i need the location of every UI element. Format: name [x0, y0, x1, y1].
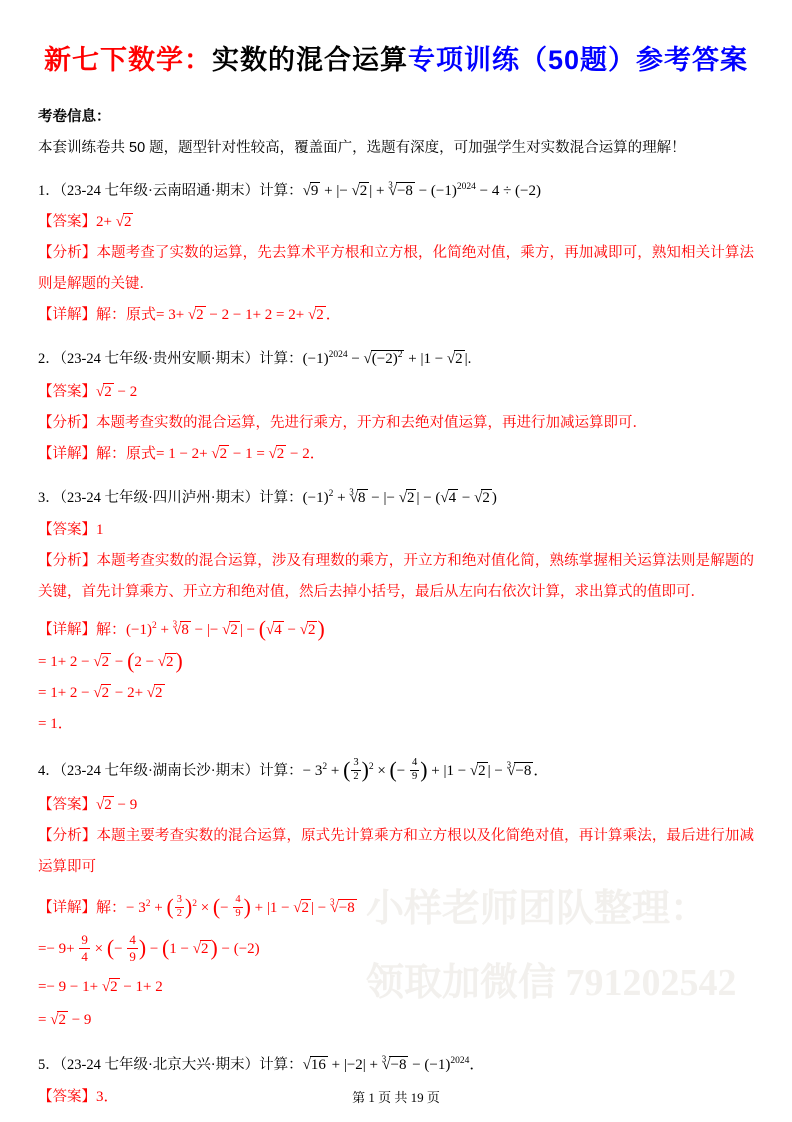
document-page: { "title": { "red": "新七下数学：", "black": "… [0, 0, 792, 1122]
problem-4-answer: 【答案】√2 − 9 [38, 790, 754, 821]
answer-label: 【答案】 [38, 522, 96, 538]
detail-label: 【详解】 [38, 622, 96, 638]
problem-2-analysis-text: 本题考查实数的混合运算，先进行乘方，开方和去绝对值运算，再进行加减运算即可． [96, 415, 647, 431]
problem-3-source: 3．（23-24 七年级·四川泸州·期末）计算： [38, 490, 303, 506]
problem-3-answer-value: 1 [96, 522, 104, 538]
problem-4-stem: 4．（23-24 七年级·湖南长沙·期末）计算：− 32 + (32)2 × (… [38, 746, 754, 790]
page-title: 新七下数学：实数的混合运算专项训练（50题）参考答案 [38, 40, 754, 80]
analysis-label: 【分析】 [38, 415, 96, 431]
problem-3-detail-step-2: = 1+ 2 − √2 − 2+ √2 [38, 678, 754, 709]
title-segment-red: 新七下数学： [44, 45, 212, 75]
problem-4-answer-value: √2 − 9 [96, 797, 137, 813]
exam-info-heading: 考卷信息： [38, 102, 754, 133]
problem-1-detail: 【详解】解：原式= 3+ √2 − 2 − 1+ 2 = 2+ √2． [38, 300, 754, 331]
problem-3-analysis: 【分析】本题考查实数的混合运算，涉及有理数的乘方，开立方和绝对值化简，熟练掌握相… [38, 546, 754, 608]
problem-5-stem: 5．（23-24 七年级·北京大兴·期末）计算：√16 + |−2| + 3√−… [38, 1043, 754, 1082]
problem-1-analysis-text: 本题考查了实数的运算，先去算术平方根和立方根，化简绝对值，乘方，再加减即可，熟知… [38, 245, 754, 292]
problem-4: 4．（23-24 七年级·湖南长沙·期末）计算：− 32 + (32)2 × (… [38, 746, 754, 1037]
problem-2-source: 2．（23-24 七年级·贵州安顺·期末）计算： [38, 351, 303, 367]
detail-label: 【详解】 [38, 900, 96, 916]
problem-2: 2．（23-24 七年级·贵州安顺·期末）计算：(−1)2024 − √(−2)… [38, 337, 754, 470]
detail-label: 【详解】 [38, 307, 96, 323]
problem-1-detail-text: 解：原式= 3+ √2 − 2 − 1+ 2 = 2+ √2． [96, 307, 341, 323]
problem-4-analysis: 【分析】本题主要考查实数的混合运算，原式先计算乘方和立方根以及化简绝对值，再计算… [38, 821, 754, 883]
problem-1-analysis: 【分析】本题考查了实数的运算，先去算术平方根和立方根，化简绝对值，乘方，再加减即… [38, 238, 754, 300]
problem-3-detail-step-3: = 1． [38, 709, 754, 740]
problem-3-detail-text: 解：(−1)2 + 3√8 − |− √2| − (√4 − √2) [96, 622, 325, 638]
problem-4-detail-step-1: =− 9+ 94 × (− 49) − (1 − √2) − (−2) [38, 927, 754, 971]
problem-5-expression: √16 + |−2| + 3√−8 − (−1)2024． [303, 1057, 485, 1073]
problem-4-detail-step-3: = √2 − 9 [38, 1004, 754, 1037]
problem-2-detail-text: 解：原式= 1 − 2+ √2 − 1 = √2 − 2． [96, 446, 325, 462]
answer-label: 【答案】 [38, 797, 96, 813]
exam-info-text: 本套训练卷共 50 题，题型针对性较高，覆盖面广，选题有深度，可加强学生对实数混… [38, 133, 754, 164]
page-number-footer: 第 1 页 共 19 页 [0, 1087, 792, 1106]
problem-2-answer: 【答案】√2 − 2 [38, 377, 754, 408]
problem-4-source: 4．（23-24 七年级·湖南长沙·期末）计算： [38, 763, 303, 779]
problem-2-stem: 2．（23-24 七年级·贵州安顺·期末）计算：(−1)2024 − √(−2)… [38, 337, 754, 377]
problem-4-analysis-text: 本题主要考查实数的混合运算，原式先计算乘方和立方根以及化简绝对值，再计算乘法，最… [38, 828, 754, 875]
problem-2-detail: 【详解】解：原式= 1 − 2+ √2 − 1 = √2 − 2． [38, 439, 754, 470]
answer-label: 【答案】 [38, 214, 96, 230]
problem-3-detail: 【详解】解：(−1)2 + 3√8 − |− √2| − (√4 − √2) [38, 608, 754, 647]
problem-2-analysis: 【分析】本题考查实数的混合运算，先进行乘方，开方和去绝对值运算，再进行加减运算即… [38, 408, 754, 439]
title-segment-blue: 专项训练（50题）参考答案 [408, 45, 748, 75]
problem-1-answer-value: 2+ √2 [96, 214, 133, 230]
problem-4-expression: − 32 + (32)2 × (− 49) + |1 − √2| − 3√−8． [303, 763, 549, 779]
problem-3-analysis-text: 本题考查实数的混合运算，涉及有理数的乘方，开立方和绝对值化简，熟练掌握相关运算法… [38, 553, 754, 600]
title-segment-black: 实数的混合运算 [212, 45, 408, 75]
analysis-label: 【分析】 [38, 828, 96, 844]
problem-1-expression: √9 + |− √2| + 3√−8 − (−1)2024 − 4 ÷ (−2) [303, 183, 541, 199]
problem-3-detail-step-1: = 1+ 2 − √2 − (2 − √2) [38, 647, 754, 678]
problem-1-source: 1．（23-24 七年级·云南昭通·期末）计算： [38, 183, 303, 199]
answer-label: 【答案】 [38, 384, 96, 400]
problem-5-source: 5．（23-24 七年级·北京大兴·期末）计算： [38, 1057, 303, 1073]
problem-3-expression: (−1)2 + 3√8 − |− √2| − (√4 − √2) [303, 490, 497, 506]
problem-2-answer-value: √2 − 2 [96, 384, 137, 400]
document-content: 新七下数学：实数的混合运算专项训练（50题）参考答案 考卷信息： 本套训练卷共 … [0, 0, 792, 1113]
problem-1-stem: 1．（23-24 七年级·云南昭通·期末）计算：√9 + |− √2| + 3√… [38, 170, 754, 207]
problem-3: 3．（23-24 七年级·四川泸州·期末）计算：(−1)2 + 3√8 − |−… [38, 476, 754, 740]
problem-4-detail-text: 解：− 32 + (32)2 × (− 49) + |1 − √2| − 3√−… [96, 900, 357, 916]
analysis-label: 【分析】 [38, 245, 96, 261]
problem-2-expression: (−1)2024 − √(−2)2 + |1 − √2|. [303, 351, 472, 367]
problem-4-detail: 【详解】解：− 32 + (32)2 × (− 49) + |1 − √2| −… [38, 883, 754, 927]
analysis-label: 【分析】 [38, 553, 96, 569]
problem-1-answer: 【答案】2+ √2 [38, 207, 754, 238]
problem-4-detail-step-2: =− 9 − 1+ √2 − 1+ 2 [38, 971, 754, 1004]
problem-3-stem: 3．（23-24 七年级·四川泸州·期末）计算：(−1)2 + 3√8 − |−… [38, 476, 754, 515]
problem-3-answer: 【答案】1 [38, 515, 754, 546]
problem-1: 1．（23-24 七年级·云南昭通·期末）计算：√9 + |− √2| + 3√… [38, 170, 754, 331]
detail-label: 【详解】 [38, 446, 96, 462]
